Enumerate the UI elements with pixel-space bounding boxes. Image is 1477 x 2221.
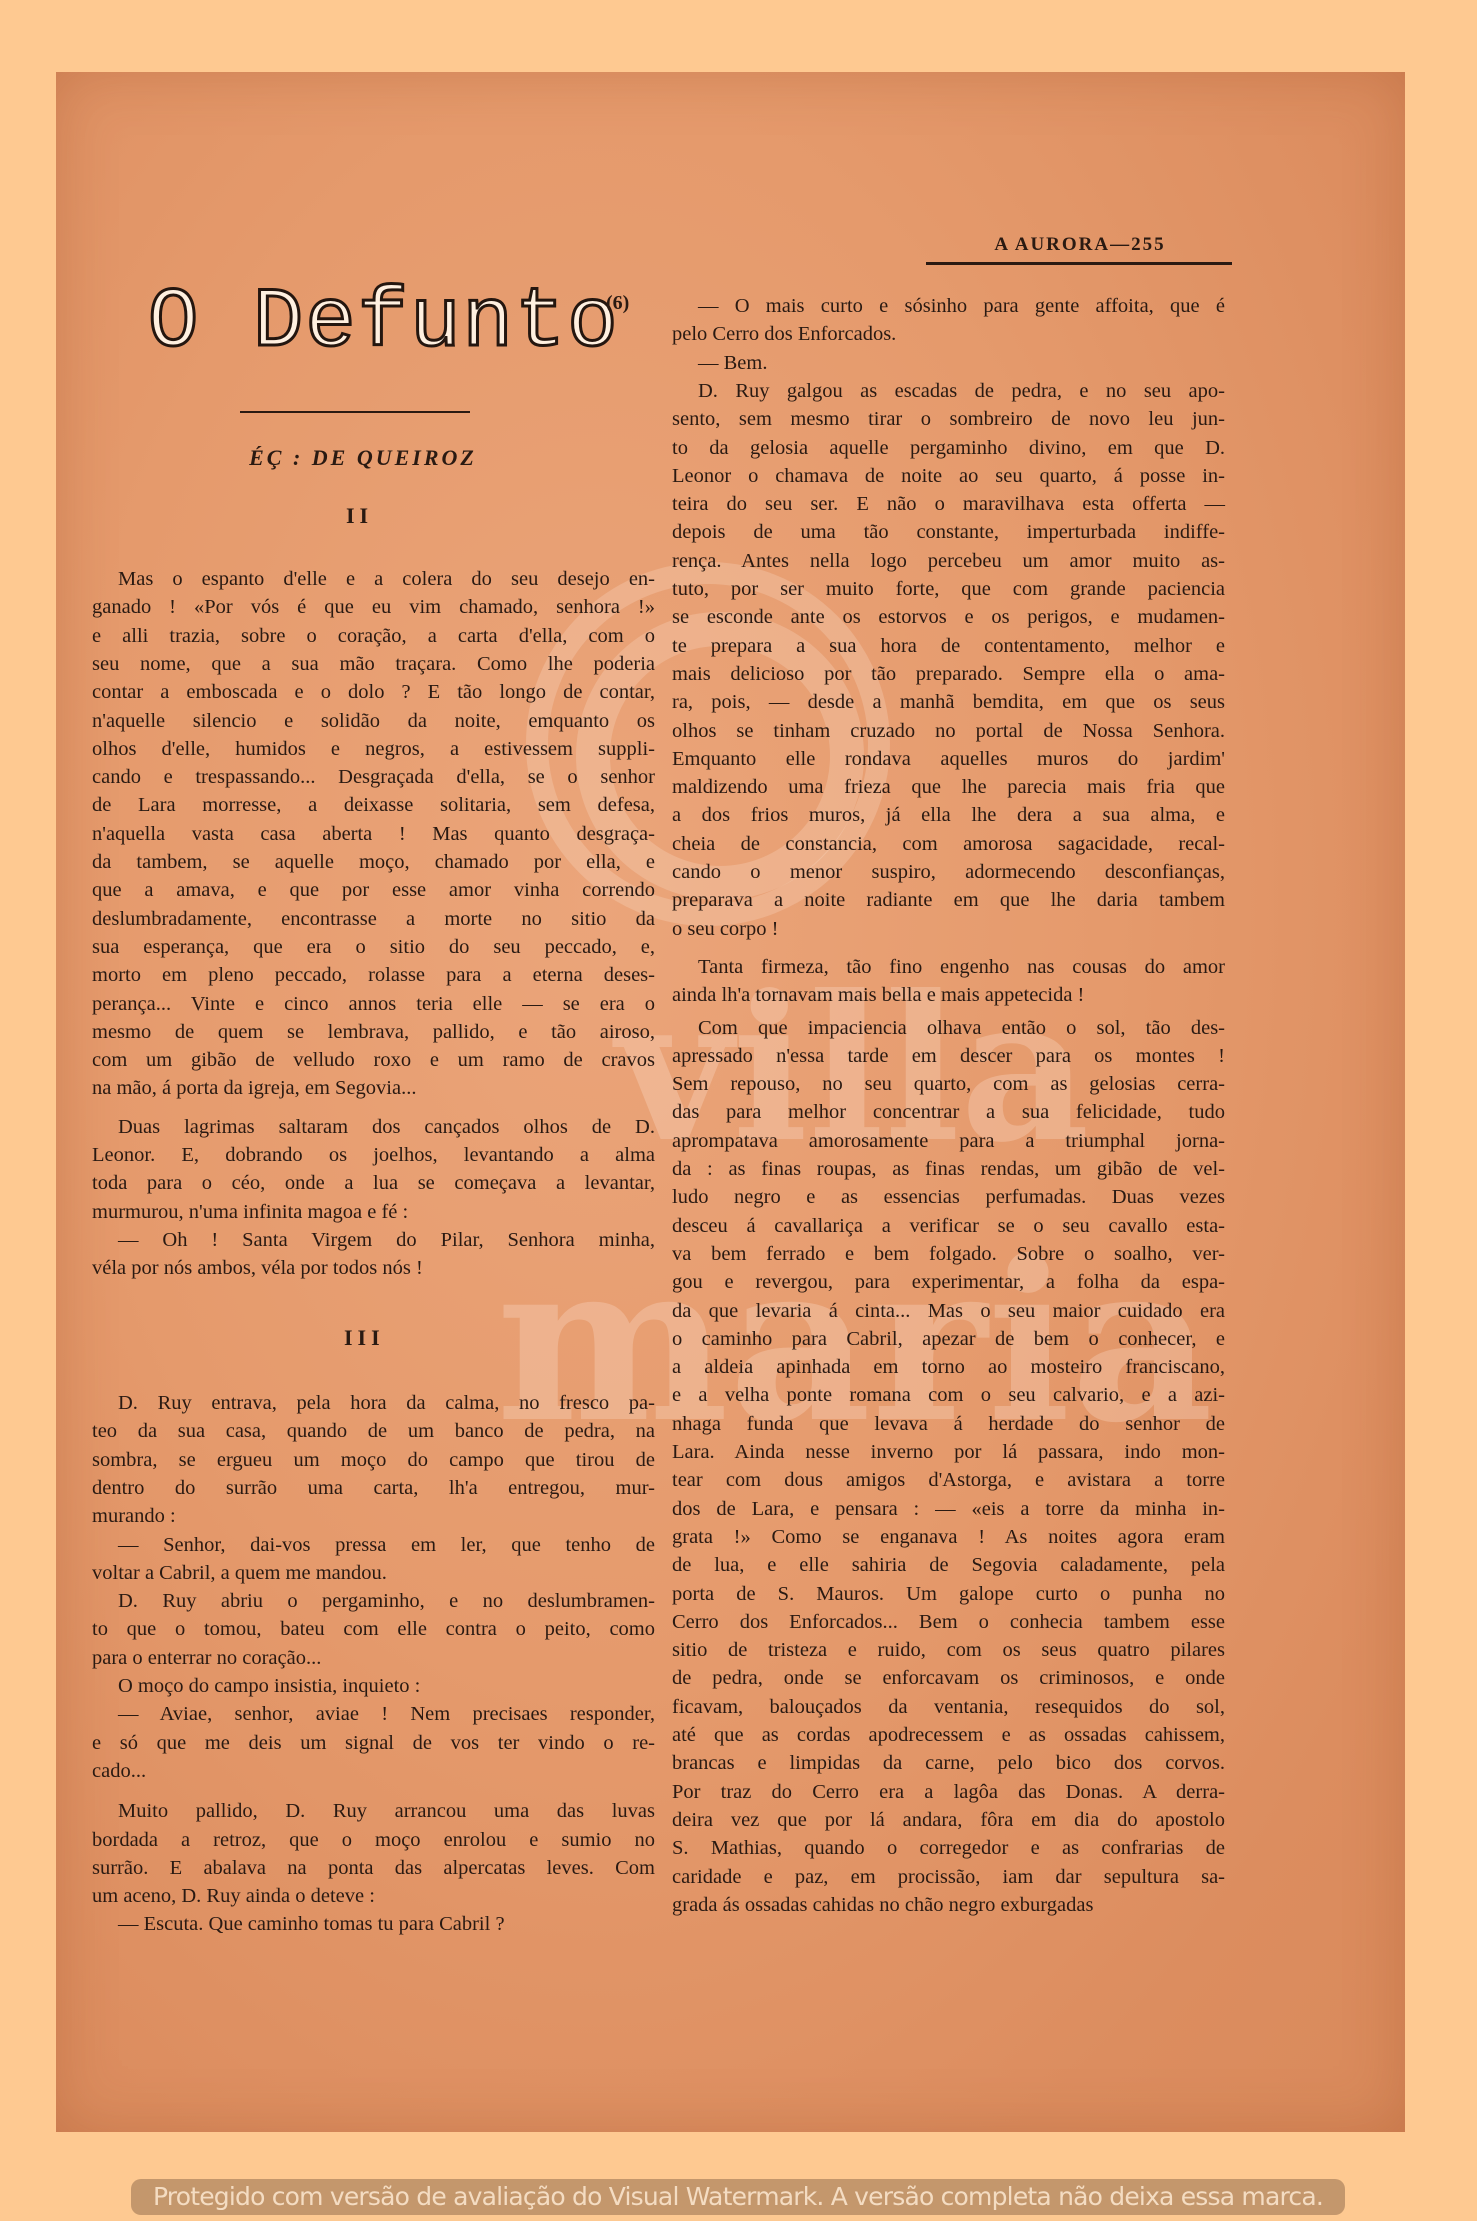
text-line: Lara. Ainda nesse inverno por lá passara… [672, 1439, 1225, 1465]
text-line: O moço do campo insistia, inquieto : [92, 1673, 655, 1699]
text-line: o seu corpo ! [672, 916, 1225, 942]
text-line: — O mais curto e sósinho para gente affo… [672, 293, 1225, 319]
text-line: que a amava, e que por esse amor vinha c… [92, 877, 655, 903]
text-line: das para melhor concentrar a sua felicid… [672, 1099, 1225, 1125]
text-line: preparava a noite radiante em que lhe da… [672, 887, 1225, 913]
text-line: Leonor o chamava de noite ao seu quarto,… [672, 463, 1225, 489]
text-line: dentro do surrão uma carta, lh'a entrego… [92, 1475, 655, 1501]
text-line: n'aquelle silencio e solidão da noite, e… [92, 708, 655, 734]
text-line: sua esperança, que era o sitio do seu pe… [92, 934, 655, 960]
text-line: Leonor. E, dobrando os joelhos, levantan… [92, 1142, 655, 1168]
text-line: da : as finas roupas, as finas rendas, u… [672, 1156, 1225, 1182]
text-line: rença. Antes nella logo percebeu um amor… [672, 548, 1225, 574]
text-line: olhos d'elle, humidos e negros, a estive… [92, 736, 655, 762]
text-line: — Oh ! Santa Virgem do Pilar, Senhora mi… [92, 1227, 655, 1253]
text-line: grada ás ossadas cahidas no chão negro e… [672, 1892, 1225, 1918]
text-line: te prepara a sua hora de contentamento, … [672, 633, 1225, 659]
text-line: cheia de constancia, com amorosa sagacid… [672, 831, 1225, 857]
text-line: para o enterrar no coração... [92, 1645, 655, 1671]
text-line: va bem ferrado e bem folgado. Sobre o so… [672, 1241, 1225, 1267]
author-byline: ÉÇ : DE QUEIROZ [228, 445, 498, 471]
text-line: de pedra, onde se enforcavam os criminos… [672, 1665, 1225, 1691]
text-line: to que o tomou, bateu com elle contra o … [92, 1616, 655, 1642]
text-line: a dos frios muros, já ella lhe dera a su… [672, 802, 1225, 828]
text-line: sombra, se ergueu um moço do campo que t… [92, 1447, 655, 1473]
text-line: D. Ruy galgou as escadas de pedra, e no … [672, 378, 1225, 404]
text-line: n'aquella vasta casa aberta ! Mas quanto… [92, 821, 655, 847]
text-line: contar a emboscada e o dolo ? E tão long… [92, 679, 655, 705]
text-line: brancas e limpidas da carne, pelo bico d… [672, 1750, 1225, 1776]
text-line: maldizendo uma frieza que lhe parecia ma… [672, 774, 1225, 800]
text-line: sitio de tristeza e ruido, com os seus q… [672, 1637, 1225, 1663]
section-heading-iii: III [344, 1325, 385, 1351]
text-line: ficavam, balouçados da ventania, resequi… [672, 1694, 1225, 1720]
text-line: na mão, á porta da igreja, em Segovia... [92, 1075, 655, 1101]
text-line: e a velha ponte romana com o seu calvari… [672, 1382, 1225, 1408]
text-line: Com que impaciencia olhava então o sol, … [672, 1015, 1225, 1041]
text-line: D. Ruy entrava, pela hora da calma, no f… [92, 1390, 655, 1416]
text-line: cado... [92, 1758, 655, 1784]
text-line: apressado n'essa tarde em descer para os… [672, 1043, 1225, 1069]
text-line: Muito pallido, D. Ruy arrancou uma das l… [92, 1798, 655, 1824]
text-line: cando o menor suspiro, adormecendo desco… [672, 859, 1225, 885]
text-line: teira do seu ser. E não o maravilhava es… [672, 491, 1225, 517]
text-line: S. Mathias, quando o corregedor e as con… [672, 1835, 1225, 1861]
text-line: Duas lagrimas saltaram dos cançados olho… [92, 1114, 655, 1140]
text-line: sento, sem mesmo tirar o sombreiro de no… [672, 406, 1225, 432]
text-line: e só que me deis um signal de vos ter vi… [92, 1730, 655, 1756]
text-line: perança... Vinte e cinco annos teria ell… [92, 991, 655, 1017]
text-line: de lua, e elle sahiria de Segovia calada… [672, 1552, 1225, 1578]
text-line: tear com dous amigos d'Astorga, e avista… [672, 1467, 1225, 1493]
text-line: — Aviae, senhor, aviae ! Nem precisaes r… [92, 1701, 655, 1727]
section-heading-ii: II [346, 503, 373, 529]
article-title: O Defunto [148, 282, 620, 366]
text-line: da que levaria á cinta... Mas o seu maio… [672, 1298, 1225, 1324]
text-line: véla por nós ambos, véla por todos nós ! [92, 1255, 655, 1281]
text-line: to da gelosia aquelle pergaminho divino,… [672, 435, 1225, 461]
text-line: desceu á cavallariça a verificar se o se… [672, 1213, 1225, 1239]
text-line: de Lara morresse, a deixasse solitaria, … [92, 792, 655, 818]
text-line: murando : [92, 1503, 655, 1529]
text-line: — Senhor, dai-vos pressa em ler, que ten… [92, 1532, 655, 1558]
watermark-notice: Protegido com versão de avaliação do Vis… [131, 2179, 1345, 2215]
text-line: até que as cordas apodrecessem e as ossa… [672, 1722, 1225, 1748]
text-line: mesmo de quem se lembrava, pallido, e tã… [92, 1019, 655, 1045]
text-line: aprompatava amorosamente para a triumpha… [672, 1128, 1225, 1154]
text-line: — Bem. [672, 350, 1225, 376]
text-line: morto em pleno peccado, rolasse para a e… [92, 962, 655, 988]
text-line: com um gibão de velludo roxo e um ramo d… [92, 1047, 655, 1073]
text-line: da tambem, se aquelle moço, chamado por … [92, 849, 655, 875]
text-line: ra, pois, — desde a manhã bemdita, em qu… [672, 689, 1225, 715]
text-line: Sem repouso, no seu quarto, com as gelos… [672, 1071, 1225, 1097]
text-line: ludo negro e as essencias perfumadas. Du… [672, 1184, 1225, 1210]
text-line: gou e revergou, para experimentar, a fol… [672, 1269, 1225, 1295]
text-line: surrão. E abalava na ponta das alpercata… [92, 1855, 655, 1881]
text-line: toda para o céo, onde a lua se começava … [92, 1170, 655, 1196]
text-line: Emquanto elle rondava aquelles muros do … [672, 746, 1225, 772]
running-head-rule [926, 262, 1232, 265]
text-line: caridade e paz, em procissão, iam dar se… [672, 1864, 1225, 1890]
text-line: murmurou, n'uma infinita magoa e fé : [92, 1199, 655, 1225]
text-line: voltar a Cabril, a quem me mandou. [92, 1560, 655, 1586]
text-line: o caminho para Cabril, apezar de bem o c… [672, 1326, 1225, 1352]
text-line: dos de Lara, e pensara : — «eis a torre … [672, 1496, 1225, 1522]
text-line: depois de uma tão constante, imperturbad… [672, 519, 1225, 545]
text-line: se esconde ante os estorvos e os perigos… [672, 604, 1225, 630]
text-line: D. Ruy abriu o pergaminho, e no deslumbr… [92, 1588, 655, 1614]
text-line: grata !» Como se enganava ! As noites ag… [672, 1524, 1225, 1550]
text-line: ainda lh'a tornavam mais bella e mais ap… [672, 982, 1225, 1008]
text-line: cando e trespassando... Desgraçada d'ell… [92, 764, 655, 790]
text-line: Mas o espanto d'elle e a colera do seu d… [92, 566, 655, 592]
part-number: (6) [606, 292, 629, 315]
text-line: Tanta firmeza, tão fino engenho nas cous… [672, 954, 1225, 980]
text-line: olhos se tinham cruzado no portal de Nos… [672, 718, 1225, 744]
text-line: pelo Cerro dos Enforcados. [672, 321, 1225, 347]
text-line: tuto, por ser muito forte, que com grand… [672, 576, 1225, 602]
text-line: nhaga funda que levava á herdade do senh… [672, 1411, 1225, 1437]
text-line: Cerro dos Enforcados... Bem o conhecia t… [672, 1609, 1225, 1635]
text-line: e alli trazia, sobre o coração, a carta … [92, 623, 655, 649]
running-head: A AURORA—255 [930, 234, 1230, 256]
text-line: teo da sua casa, quando de um banco de p… [92, 1418, 655, 1444]
text-line: Por traz do Cerro era a lagôa das Donas.… [672, 1779, 1225, 1805]
title-rule [240, 411, 470, 413]
text-line: seu nome, que a sua mão traçara. Como lh… [92, 651, 655, 677]
text-line: bordada a retroz, que o moço enrolou e s… [92, 1827, 655, 1853]
text-line: um aceno, D. Ruy ainda o deteve : [92, 1883, 655, 1909]
text-line: porta de S. Mauros. Um galope curto o pu… [672, 1581, 1225, 1607]
text-line: deira vez que por lá andara, fôra em dia… [672, 1807, 1225, 1833]
text-line: deslumbradamente, encontrasse a morte no… [92, 906, 655, 932]
text-line: — Escuta. Que caminho tomas tu para Cabr… [92, 1911, 655, 1937]
text-line: mais delicioso por tão preparado. Sempre… [672, 661, 1225, 687]
text-line: ganado ! «Por vós é que eu vim chamado, … [92, 594, 655, 620]
text-line: a aldeia apinhada em torno ao mosteiro f… [672, 1354, 1225, 1380]
